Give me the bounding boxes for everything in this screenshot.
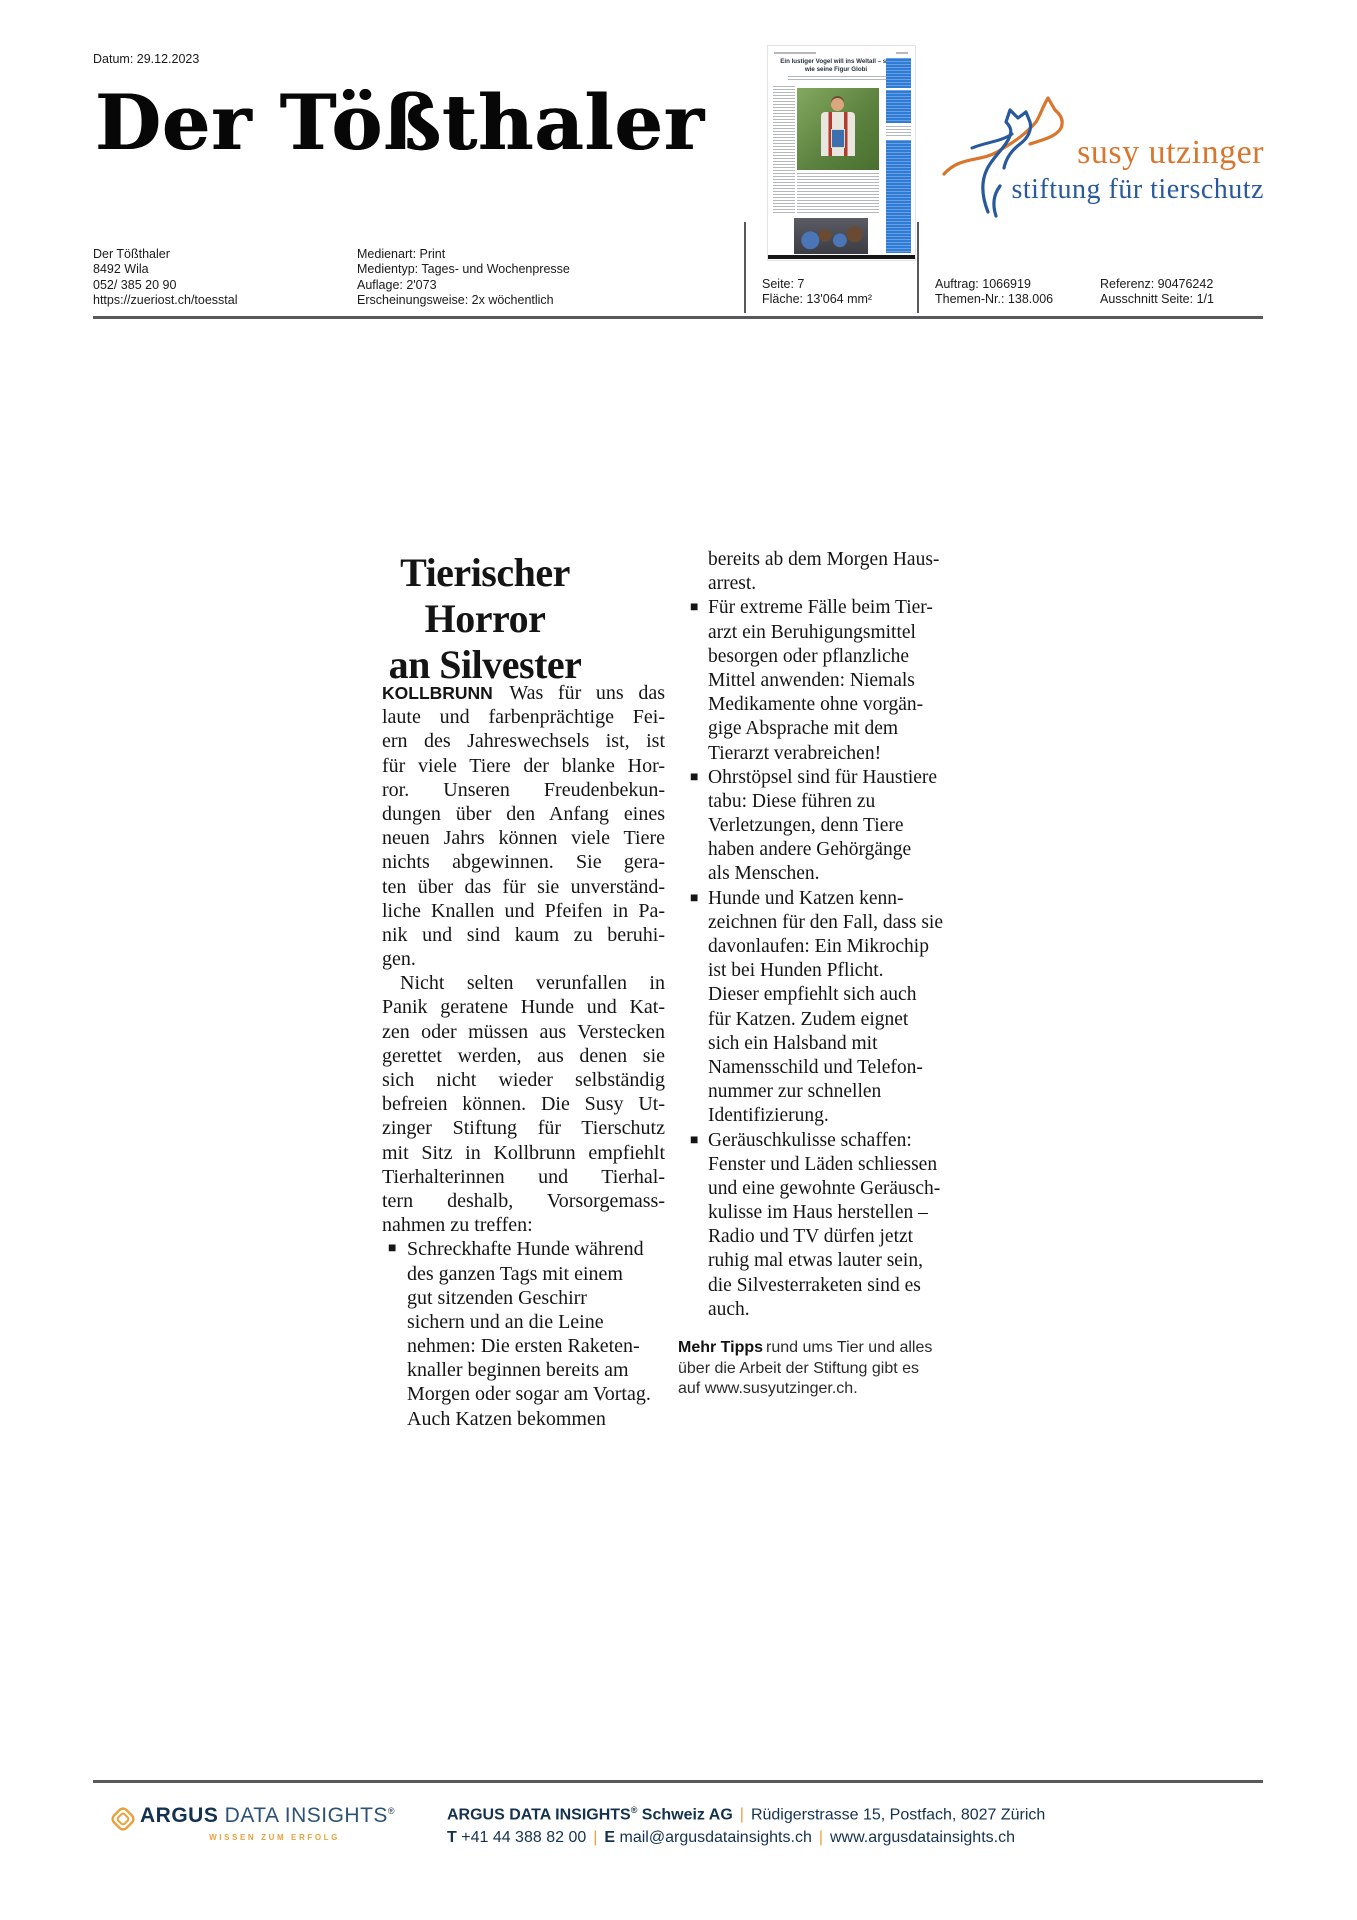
article-line: neuen Jahrs können viele Tiere — [382, 826, 665, 850]
press-clipping-page: { "doc": { "datum": "Datum: 29.12.2023" … — [0, 0, 1357, 1920]
clipping-date: Datum: 29.12.2023 — [93, 52, 199, 66]
article-line: nummer zur schnellen — [678, 1080, 954, 1104]
thumbnail-header-line — [774, 52, 816, 54]
article-line: für Katzen. Zudem eignet — [678, 1008, 954, 1032]
article-line: Verletzungen, denn Tiere — [678, 814, 954, 838]
meta-seite: Seite: 7 — [762, 277, 872, 292]
article-line: Tierhalterinnen und Tierhal- — [382, 1165, 665, 1189]
footer-address: Rüdigerstrasse 15, Postfach, 8027 Zürich — [751, 1806, 1045, 1823]
article-line: Morgen oder sogar am Vortag. — [382, 1382, 665, 1406]
bullet-square-icon: ■ — [690, 1129, 698, 1153]
thumbnail-highlight-3 — [886, 140, 911, 253]
article-line: laute und farbenprächtige Fei- — [382, 705, 665, 729]
bullet-square-icon: ■ — [690, 766, 698, 790]
meta-referenz: Referenz: 90476242 — [1100, 277, 1214, 292]
article-column-left: KOLLBRUNN Was für uns daslaute und farbe… — [382, 681, 665, 1431]
article-line: gige Absprache mit dem — [678, 717, 954, 741]
meta-divider-1 — [744, 222, 746, 313]
footer-company: ARGUS DATA INSIGHTS — [447, 1806, 631, 1823]
thumbnail-footer-bar — [768, 255, 915, 259]
article-line: sichern und an die Leine — [382, 1310, 665, 1334]
meta-page-block: Seite: 7 Fläche: 13'064 mm² — [762, 277, 872, 308]
bullet-square-icon: ■ — [388, 1237, 396, 1261]
argus-brand: ARGUS DATA INSIGHTS® — [140, 1804, 395, 1828]
thumbnail-page-number — [896, 52, 908, 54]
thumbnail-text-block — [797, 173, 879, 215]
tips-line-3[interactable]: auf www.susyutzinger.ch. — [678, 1379, 958, 1400]
argus-tagline: WISSEN ZUM ERFOLG — [140, 1833, 340, 1842]
meta-order-block: Auftrag: 1066919 Themen-Nr.: 138.006 — [935, 277, 1053, 308]
article-line: Tierarzt verabreichen! — [678, 742, 954, 766]
article-line: liche Knallen und Pfeifen in Pa- — [382, 899, 665, 923]
article-line: kulisse im Haus herstellen – — [678, 1201, 954, 1225]
article-line: ruhig mal etwas lauter sein, — [678, 1249, 954, 1273]
meta-medientyp: Medientyp: Tages- und Wochenpresse — [357, 262, 570, 277]
article-line: sich nicht wieder selbständig — [382, 1068, 665, 1092]
article-line: auch. — [678, 1298, 954, 1322]
thumbnail-photo-person — [797, 88, 879, 170]
article-bullet-line: ■Für extreme Fälle beim Tier- — [678, 596, 954, 620]
article-line: sich ein Halsband mit — [678, 1032, 954, 1056]
footer-pipe-2: | — [586, 1829, 604, 1846]
footer-contact-line: T +41 44 388 82 00|E mail@argusdatainsig… — [447, 1829, 1015, 1847]
tips-line-1: Mehr Tippsrund ums Tier und alles — [678, 1338, 958, 1359]
thumbnail-subline — [788, 76, 894, 82]
meta-source-block: Der Tößthaler 8492 Wila 052/ 385 20 90 h… — [93, 247, 238, 308]
article-line: befreien können. Die Susy Ut- — [382, 1092, 665, 1116]
meta-auftrag: Auftrag: 1066919 — [935, 277, 1053, 292]
article-tips: Mehr Tippsrund ums Tier und alles über d… — [678, 1338, 958, 1400]
article-line: als Menschen. — [678, 862, 954, 886]
article-line: dungen über den Anfang eines — [382, 802, 665, 826]
article-line: gen. — [382, 947, 665, 971]
article-lead-word: KOLLBRUNN — [382, 683, 507, 703]
footer-email[interactable]: mail@argusdatainsights.ch — [615, 1829, 812, 1846]
article-bullet-line: ■Schreckhafte Hunde während — [382, 1237, 665, 1261]
footer-website[interactable]: www.argusdatainsights.ch — [830, 1829, 1015, 1846]
argus-brand-reg: ® — [388, 1806, 395, 1816]
article-line: Medikamente ohne vorgän- — [678, 693, 954, 717]
article-headline-line-1: Tierischer — [365, 550, 605, 596]
article-bullet-line: ■Ohrstöpsel sind für Haustiere — [678, 766, 954, 790]
meta-source-address: 8492 Wila — [93, 262, 238, 277]
article-line: gut sitzenden Geschirr — [382, 1286, 665, 1310]
meta-ausschnitt-seite: Ausschnitt Seite: 1/1 — [1100, 292, 1214, 307]
meta-themen-nr: Themen-Nr.: 138.006 — [935, 292, 1053, 307]
article-line: und eine gewohnte Geräusch- — [678, 1177, 954, 1201]
meta-source-url[interactable]: https://zueriost.ch/toesstal — [93, 293, 238, 308]
su-logo-subtitle: stiftung für tierschutz — [964, 174, 1264, 206]
article-line: bereits ab dem Morgen Haus- — [678, 548, 954, 572]
article-bullet-line: ■Geräuschkulisse schaffen: — [678, 1129, 954, 1153]
footer-company-suffix: Schweiz AG — [637, 1806, 732, 1823]
article-line: mit Sitz in Kollbrunn empfiehlt — [382, 1141, 665, 1165]
article-line: zen oder müssen aus Verstecken — [382, 1020, 665, 1044]
meta-media-block: Medienart: Print Medientyp: Tages- und W… — [357, 247, 570, 308]
article-line: ten über das für sie unverständ- — [382, 875, 665, 899]
article-line: die Silvesterraketen sind es — [678, 1274, 954, 1298]
article-line: Auch Katzen bekommen — [382, 1407, 665, 1431]
article-line: zeichnen für den Fall, dass sie — [678, 911, 954, 935]
meta-divider-2 — [917, 222, 919, 313]
article-line: zinger Stiftung für Tierschutz — [382, 1116, 665, 1140]
article-line: tern deshalb, Vorsorgemass- — [382, 1189, 665, 1213]
footer-phone: +41 44 388 82 00 — [457, 1829, 586, 1846]
article-line: KOLLBRUNN Was für uns das — [382, 681, 665, 705]
thumbnail-photo-toys — [794, 218, 868, 254]
meta-medienart: Medienart: Print — [357, 247, 570, 262]
thumbnail-text-column — [773, 86, 795, 214]
su-logo-name: susy utzinger — [1004, 134, 1264, 172]
thumbnail-person-head — [831, 98, 844, 111]
article-line: davonlaufen: Ein Mikrochip — [678, 935, 954, 959]
article-line: arzt ein Beruhigungsmittel — [678, 621, 954, 645]
header-rule — [93, 316, 1263, 319]
article-line: Dieser empfiehlt sich auch — [678, 983, 954, 1007]
article-line: besorgen oder pflanzliche — [678, 645, 954, 669]
article-line: haben andere Gehörgänge — [678, 838, 954, 862]
article-line: des ganzen Tags mit einem — [382, 1262, 665, 1286]
article-headline: Tierischer Horror an Silvester — [365, 550, 605, 688]
article-line: Mittel anwenden: Niemals — [678, 669, 954, 693]
thumbnail-text-small — [886, 126, 911, 138]
article-line: nik und sind kaum zu beruhi- — [382, 923, 665, 947]
article-line: Identifizierung. — [678, 1104, 954, 1128]
article-line: nichts abgewinnen. Sie gera- — [382, 850, 665, 874]
footer-phone-label: T — [447, 1829, 457, 1846]
thumbnail-book — [832, 130, 844, 147]
argus-brand-rest: DATA INSIGHTS — [218, 1804, 388, 1827]
article-line: nehmen: Die ersten Raketen- — [382, 1334, 665, 1358]
tips-lead: Mehr Tipps — [678, 1339, 763, 1356]
thumbnail-highlight-1 — [886, 58, 911, 88]
footer-email-label: E — [604, 1829, 615, 1846]
thumbnail-headline: Ein lustiger Vogel will ins Weltall – so… — [776, 58, 896, 73]
article-line: ror. Unseren Freudenbekun- — [382, 778, 665, 802]
article-headline-line-2: Horror — [365, 596, 605, 642]
newspaper-thumbnail: Ein lustiger Vogel will ins Weltall – so… — [768, 46, 915, 260]
footer-pipe-1: | — [733, 1806, 751, 1823]
tips-line-2: über die Arbeit der Stiftung gibt es — [678, 1359, 958, 1380]
argus-logo-icon — [110, 1806, 136, 1837]
article-line: Panik geratene Hunde und Kat- — [382, 995, 665, 1019]
article-bullet-line: ■Hunde und Katzen kenn- — [678, 887, 954, 911]
footer-rule — [93, 1780, 1263, 1783]
article-line: nahmen zu treffen: — [382, 1213, 665, 1237]
meta-source-name: Der Tößthaler — [93, 247, 238, 262]
article-line: Namensschild und Telefon- — [678, 1056, 954, 1080]
argus-brand-main: ARGUS — [140, 1804, 218, 1827]
article-line: Radio und TV dürfen jetzt — [678, 1225, 954, 1249]
footer-pipe-3: | — [812, 1829, 830, 1846]
article-line: Fenster und Läden schliessen — [678, 1153, 954, 1177]
article-line: für viele Tiere der blanke Hor- — [382, 754, 665, 778]
article-line: arrest. — [678, 572, 954, 596]
article-line: knaller beginnen bereits am — [382, 1358, 665, 1382]
thumbnail-highlight-2 — [886, 90, 911, 123]
meta-erscheinungsweise: Erscheinungsweise: 2x wöchentlich — [357, 293, 570, 308]
meta-auflage: Auflage: 2'073 — [357, 278, 570, 293]
article-line: gerettet werden, aus denen sie — [382, 1044, 665, 1068]
tips-text-1: rund ums Tier und alles — [766, 1339, 932, 1356]
article-line: tabu: Diese führen zu — [678, 790, 954, 814]
footer-address-line: ARGUS DATA INSIGHTS® Schweiz AG|Rüdigers… — [447, 1805, 1045, 1824]
masthead-title: Der Tößthaler — [95, 78, 735, 167]
article-line: ist bei Hunden Pflicht. — [678, 959, 954, 983]
meta-source-phone: 052/ 385 20 90 — [93, 278, 238, 293]
meta-ref-block: Referenz: 90476242 Ausschnitt Seite: 1/1 — [1100, 277, 1214, 308]
bullet-square-icon: ■ — [690, 596, 698, 620]
article-column-right: bereits ab dem Morgen Haus-arrest.■Für e… — [678, 548, 954, 1322]
article-line: ern des Jahreswechsels ist, ist — [382, 729, 665, 753]
bullet-square-icon: ■ — [690, 887, 698, 911]
article-line: Nicht selten verunfallen in — [382, 971, 665, 995]
su-foundation-logo: susy utzinger stiftung für tierschutz — [942, 82, 1272, 222]
meta-flaeche: Fläche: 13'064 mm² — [762, 292, 872, 307]
